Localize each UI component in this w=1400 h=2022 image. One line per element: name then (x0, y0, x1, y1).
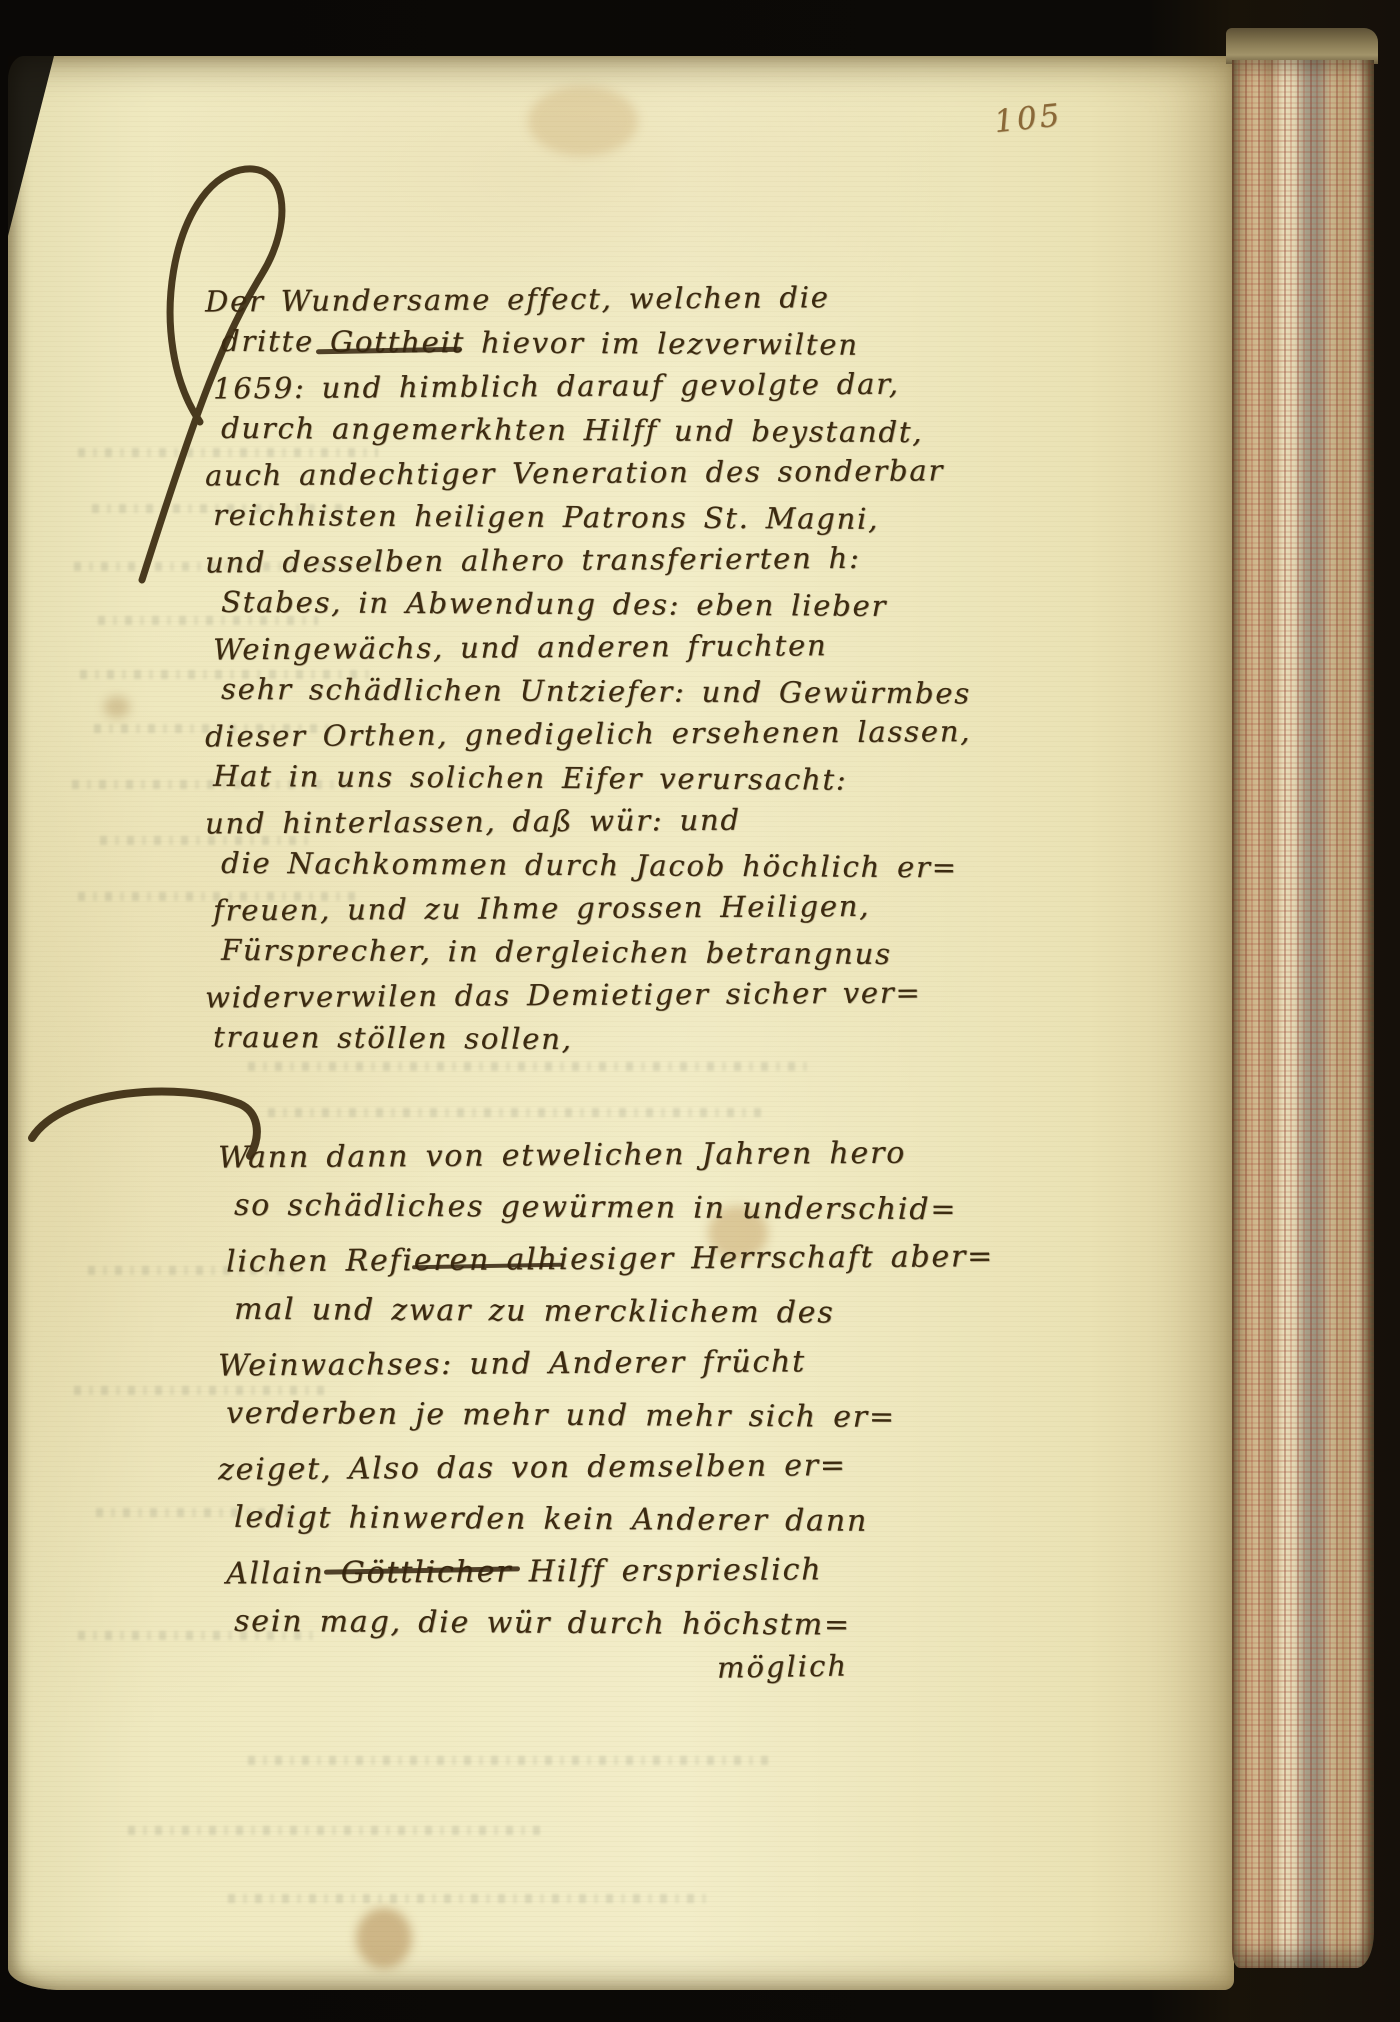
manuscript-line: zeiget, Also das von demselben er= (218, 1439, 938, 1496)
manuscript-line: so schädliches gewürmen in underschid= (234, 1180, 938, 1236)
foxing-spot (528, 86, 638, 156)
manuscript-line: die Nachkommen durch Jacob höchlich er= (221, 841, 925, 889)
manuscript-line: sehr schädlichen Untziefer: und Gewürmbe… (221, 667, 925, 715)
manuscript-line: ledigt hinwerden kein Anderer dann (234, 1492, 938, 1548)
manuscript-line: Der Wundersame effect, welchen die (205, 275, 925, 324)
manuscript-line: widerverwilen das Demietiger sicher ver= (205, 971, 925, 1020)
bleed-through-line (268, 1108, 768, 1117)
manuscript-line: freuen, und zu Ihme grossen Heiligen, (213, 885, 925, 933)
manuscript-line: sein mag, die wür durch höchstm= (234, 1596, 938, 1652)
manuscript-line: Stabes, in Abwendung des: eben lieber (221, 580, 925, 628)
manuscript-line: Fürsprecher, in dergleichen betrangnus (221, 928, 925, 976)
manuscript-line: reichhisten heiligen Patrons St. Magni, (213, 493, 925, 541)
bleed-through-line (248, 1756, 768, 1765)
manuscript-photo: 105 Der Wunders (0, 0, 1400, 2022)
catchword: möglich (218, 1649, 848, 1694)
bleed-through-line (228, 1894, 708, 1903)
manuscript-line: mal und zwar zu mercklichem des (234, 1284, 938, 1340)
manuscript-line: 1659: und himblich darauf gevolgte dar, (213, 363, 925, 411)
manuscript-page: 105 Der Wunders (8, 56, 1234, 1990)
book-top-edge (1226, 28, 1378, 64)
manuscript-line: und desselben alhero transferierten h: (205, 536, 925, 585)
manuscript-line: dieser Orthen, gnedigelich ersehenen las… (205, 710, 925, 759)
foxing-spot (104, 696, 130, 718)
manuscript-line: verderben je mehr und mehr sich er= (226, 1388, 938, 1444)
manuscript-line: trauen stöllen sollen, (213, 1015, 925, 1063)
folio-number: 105 (992, 92, 1115, 140)
manuscript-line: Wann dann von etwelichen Jahren hero (218, 1127, 938, 1184)
manuscript-line: durch angemerkhten Hilff und beystandt, (221, 406, 925, 454)
bleed-through-line (128, 1826, 548, 1835)
bleed-through-line (248, 1062, 808, 1071)
manuscript-line: Weinwachses: und Anderer frücht (218, 1335, 938, 1392)
manuscript-line: und hinterlassen, daß wür: und (205, 797, 925, 846)
manuscript-line: dritte Gottheit hievor im lezverwilten (221, 319, 925, 367)
ink-stain (356, 1908, 412, 1968)
manuscript-line: Hat in uns solichen Eifer verursacht: (213, 754, 925, 802)
page-corner-shadow (8, 56, 54, 236)
manuscript-line: lichen Refieren alhiesiger Herrschaft ab… (226, 1232, 938, 1289)
manuscript-line: auch andechtiger Veneration des sonderba… (205, 449, 925, 498)
book-fore-edge (1232, 60, 1374, 1968)
manuscript-line: Weingewächs, und anderen fruchten (213, 624, 925, 672)
paragraph-1: Der Wundersame effect, welchen die dritt… (205, 278, 925, 1061)
